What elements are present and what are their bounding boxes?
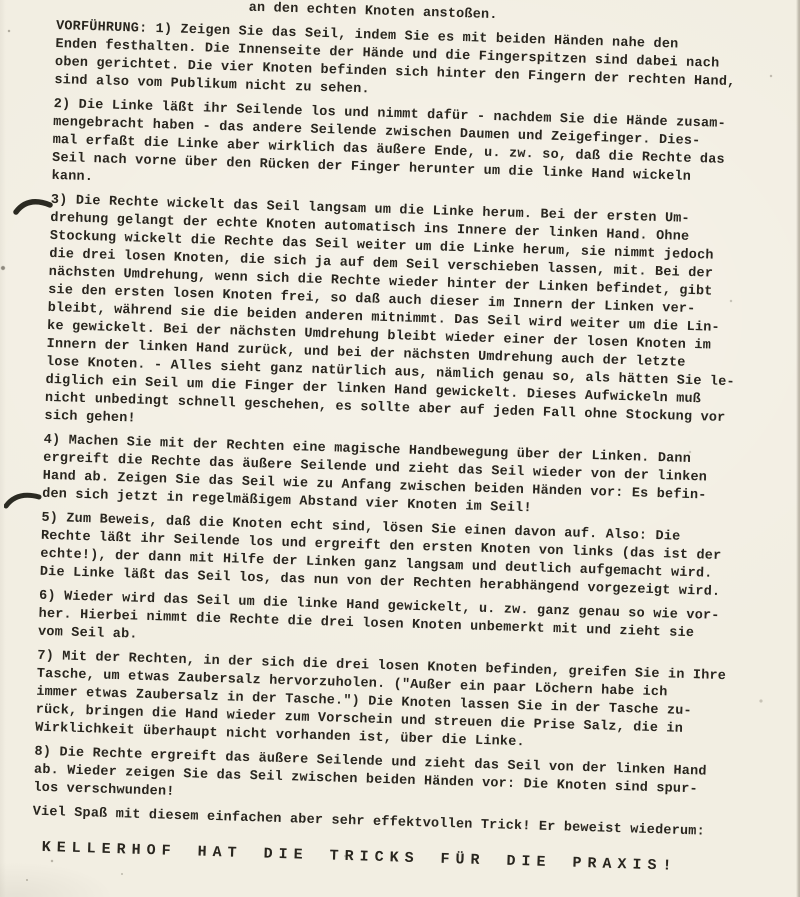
scanned-document-page: an den echten Knoten anstoßen. VORFÜHRUN… (0, 0, 800, 897)
paragraph-step-4: 4) Machen Sie mit der Rechten eine magis… (42, 432, 750, 525)
handwritten-arc-mark (13, 196, 55, 223)
handwritten-arc-mark (4, 489, 44, 516)
paragraph-step-2: 2) Die Linke läßt ihr Seilende los und n… (51, 96, 759, 207)
kellerhof-slogan: KELLERHOF HAT DIE TRICKS FÜR DIE PRAXIS! (31, 839, 737, 878)
paragraph-step-5: 5) Zum Beweis, daß die Knoten echt sind,… (40, 510, 748, 603)
paragraph-step-7: 7) Mit der Rechten, in der sich die drei… (35, 648, 743, 759)
paragraph-vorfuehrung-step-1: VORFÜHRUNG: 1) Zeigen Sie das Seil, inde… (54, 18, 762, 111)
paragraph-step-3: 3) Die Rechte wickelt das Seil langsam u… (44, 192, 757, 447)
typewritten-text-block: an den echten Knoten anstoßen. VORFÜHRUN… (31, 0, 762, 878)
